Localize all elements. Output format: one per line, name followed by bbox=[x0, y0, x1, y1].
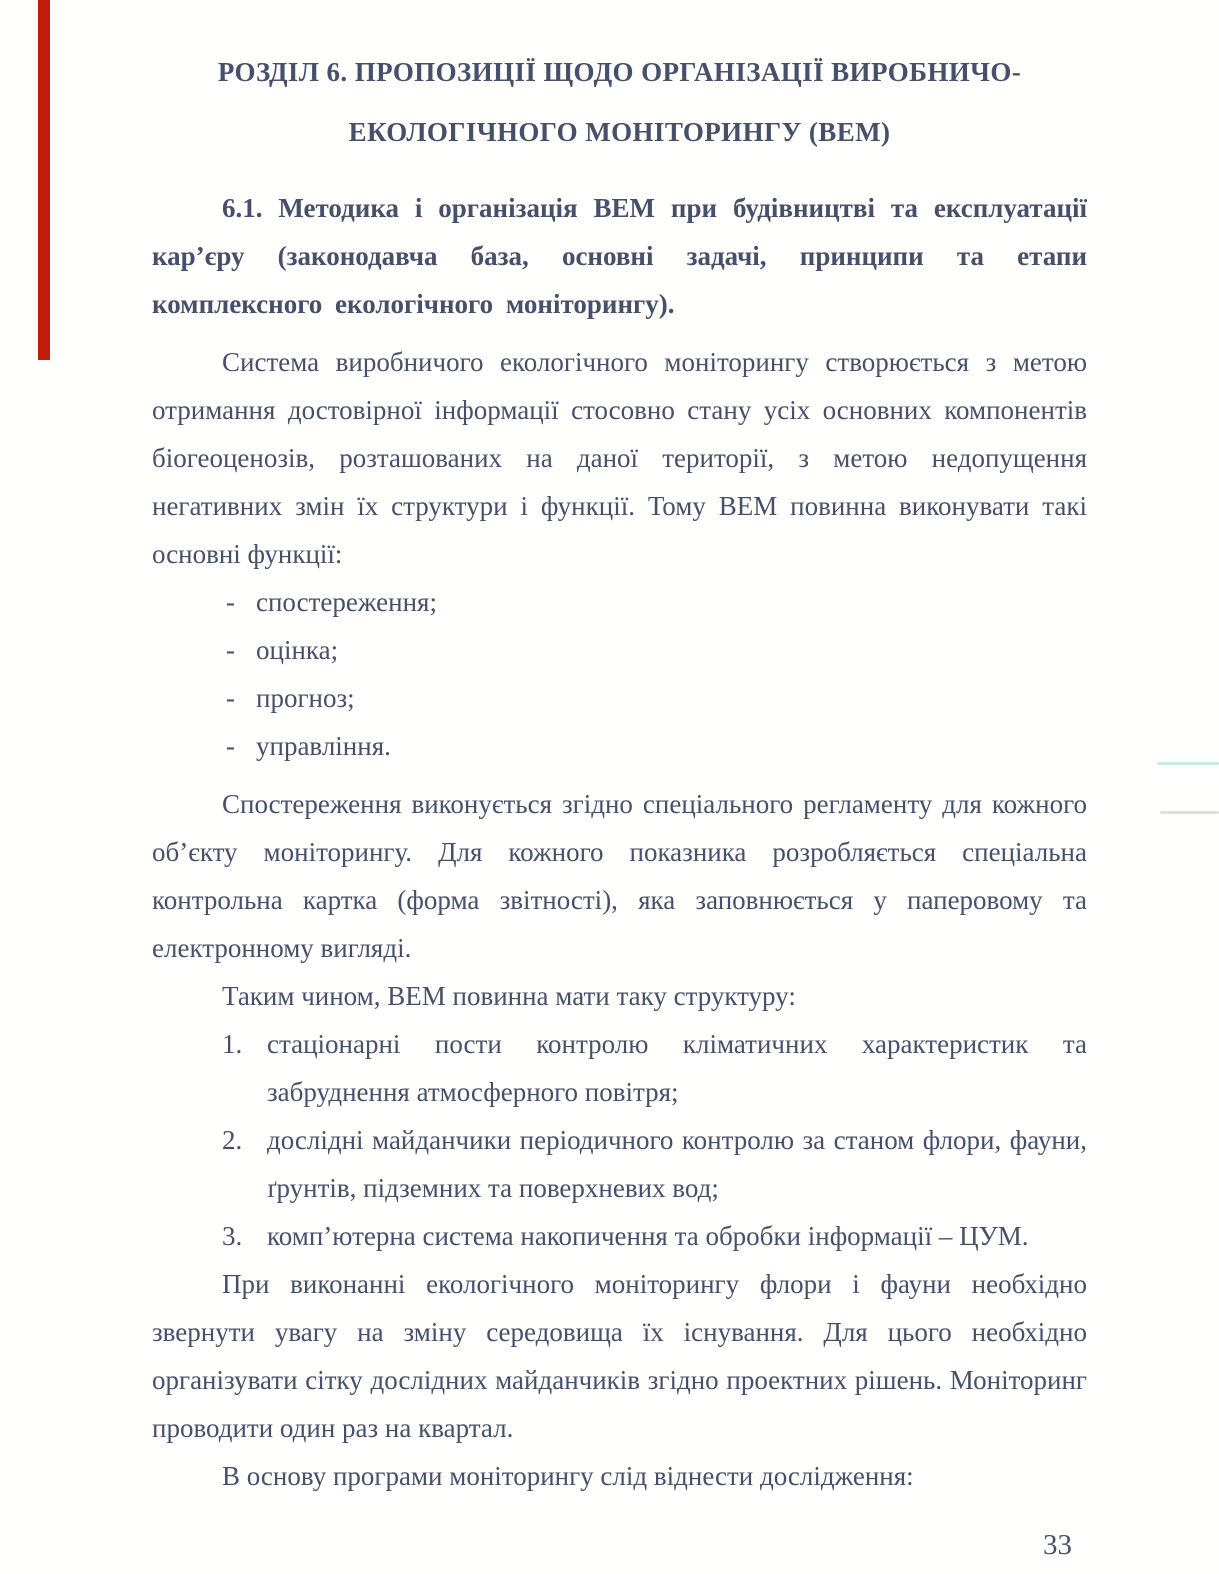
number-marker: 2. bbox=[222, 1116, 267, 1212]
document-page: РОЗДІЛ 6. ПРОПОЗИЦІЇ ЩОДО ОРГАНІЗАЦІЇ ВИ… bbox=[0, 0, 1219, 1574]
list-item-text: оцінка; bbox=[256, 626, 1087, 674]
paragraph-program-basis: В основу програми моніторингу слід відне… bbox=[152, 1452, 1087, 1500]
chapter-heading-line1: РОЗДІЛ 6. ПРОПОЗИЦІЇ ЩОДО ОРГАНІЗАЦІЇ ВИ… bbox=[152, 42, 1087, 102]
number-marker: 1. bbox=[222, 1020, 267, 1116]
list-item: 1. стаціонарні пости контролю кліматични… bbox=[152, 1020, 1087, 1116]
paragraph-structure-intro: Таким чином, ВЕМ повинна мати таку струк… bbox=[152, 972, 1087, 1020]
list-item: 2. дослідні майданчики періодичного конт… bbox=[152, 1116, 1087, 1212]
paragraph-observation: Спостереження виконується згідно спеціал… bbox=[152, 780, 1087, 972]
section-title: 6.1. Методика і організація ВЕМ при буді… bbox=[152, 184, 1087, 328]
list-item-text: комп’ютерна система накопичення та оброб… bbox=[267, 1212, 1087, 1260]
paragraph-intro: Система виробничого екологічного монітор… bbox=[152, 338, 1087, 578]
number-marker: 3. bbox=[222, 1212, 267, 1260]
list-item-text: дослідні майданчики періодичного контрол… bbox=[267, 1116, 1087, 1212]
left-margin-red-bar bbox=[38, 0, 50, 360]
chapter-heading: РОЗДІЛ 6. ПРОПОЗИЦІЇ ЩОДО ОРГАНІЗАЦІЇ ВИ… bbox=[152, 42, 1087, 162]
scan-artifact-line-bottom bbox=[1160, 811, 1219, 814]
scan-artifact-line-top bbox=[1157, 762, 1219, 765]
paragraph-flora-fauna: При виконанні екологічного моніторингу ф… bbox=[152, 1260, 1087, 1452]
functions-list: - спостереження; - оцінка; - прогноз; - … bbox=[152, 578, 1087, 770]
structure-list: 1. стаціонарні пости контролю кліматични… bbox=[152, 1020, 1087, 1260]
chapter-heading-line2: ЕКОЛОГІЧНОГО МОНІТОРИНГУ (ВЕМ) bbox=[152, 102, 1087, 162]
list-item: 3. комп’ютерна система накопичення та об… bbox=[152, 1212, 1087, 1260]
list-item: - прогноз; bbox=[152, 674, 1087, 722]
list-item: - спостереження; bbox=[152, 578, 1087, 626]
dash-marker: - bbox=[226, 722, 256, 770]
list-item-text: спостереження; bbox=[256, 578, 1087, 626]
list-item-text: управління. bbox=[256, 722, 1087, 770]
dash-marker: - bbox=[226, 674, 256, 722]
page-number: 33 bbox=[1043, 1528, 1072, 1562]
list-item: - управління. bbox=[152, 722, 1087, 770]
list-item-text: прогноз; bbox=[256, 674, 1087, 722]
list-item: - оцінка; bbox=[152, 626, 1087, 674]
dash-marker: - bbox=[226, 626, 256, 674]
list-item-text: стаціонарні пости контролю кліматичних х… bbox=[267, 1020, 1087, 1116]
dash-marker: - bbox=[226, 578, 256, 626]
